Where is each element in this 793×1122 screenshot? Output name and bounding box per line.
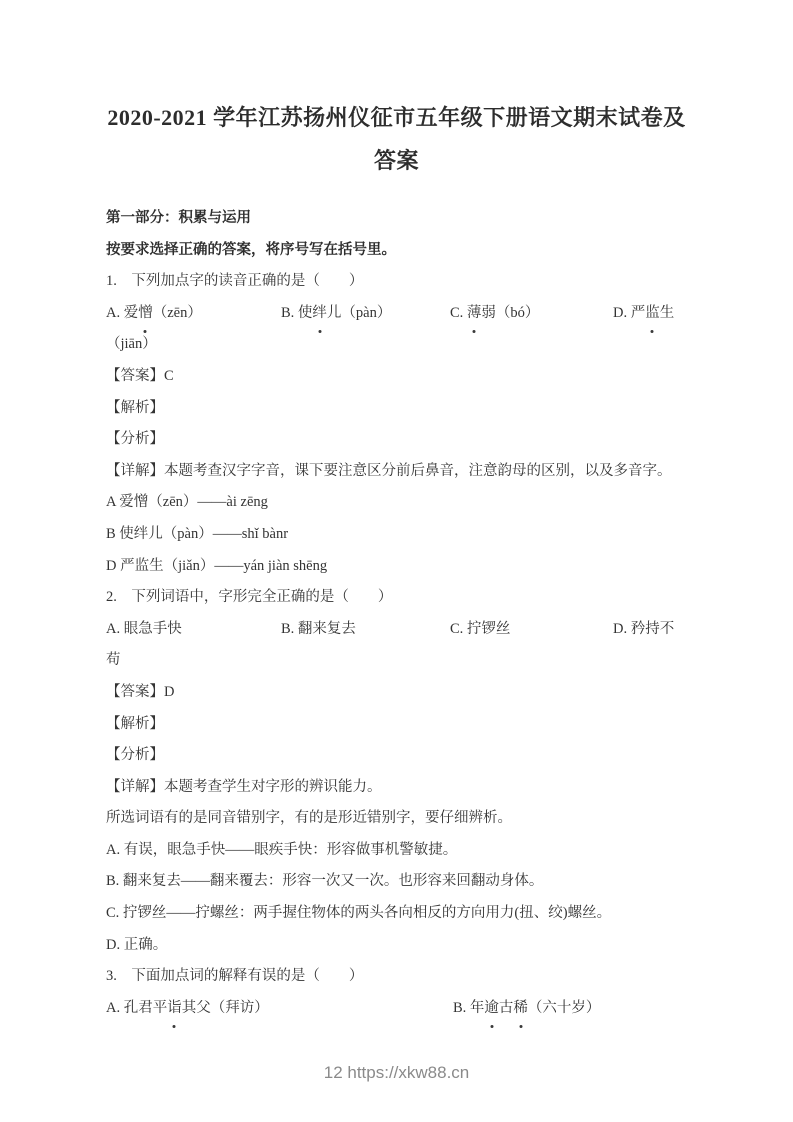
document-title: 2020-2021 学年江苏扬州仪征市五年级下册语文期末试卷及 答案 — [0, 96, 793, 182]
dotted-char: 监 — [645, 298, 660, 330]
option-item: A. 孔君平诣其父（拜访） — [106, 993, 269, 1025]
text-line: B. 翻来复去——翻来覆去：形容一次又一次。也形容来回翻动身体。 — [106, 866, 706, 898]
dotted-char: 逾 — [484, 993, 499, 1025]
text-line: 【详解】本题考查汉字字音，课下要注意区分前后鼻音，注意韵母的区别，以及多音字。 — [106, 456, 706, 488]
option-row: A. 孔君平诣其父（拜访）B. 年逾古稀（六十岁） — [106, 993, 706, 1025]
text-line: D 严监生（jiǎn）——yán jiàn shēng — [106, 551, 706, 583]
dotted-char: 稀 — [513, 993, 528, 1025]
document-content: 第一部分：积累与运用按要求选择正确的答案，将序号写在括号里。1. 下列加点字的读… — [106, 203, 706, 1024]
document-title-line-1: 2020-2021 学年江苏扬州仪征市五年级下册语文期末试卷及 — [0, 96, 793, 139]
text-line: 3. 下面加点词的解释有误的是（ ） — [106, 961, 706, 993]
dotted-char: 诣 — [167, 993, 182, 1025]
text-line: 【详解】本题考查学生对字形的辨识能力。 — [106, 772, 706, 804]
document-page: 2020-2021 学年江苏扬州仪征市五年级下册语文期末试卷及 答案 第一部分：… — [0, 0, 793, 1122]
text-line: C. 拧锣丝——拧螺丝：两手握住物体的两头各向相反的方向用力(扭、绞)螺丝。 — [106, 898, 706, 930]
option-item: D. 严监生 — [613, 298, 674, 330]
text-line: 所选词语有的是同音错别字，有的是形近错别字，要仔细辨析。 — [106, 803, 706, 835]
text-line: 1. 下列加点字的读音正确的是（ ） — [106, 266, 706, 298]
text-line: 【解析】 — [106, 709, 706, 741]
option-item: A. 眼急手快 — [106, 614, 182, 646]
text-line: 第一部分：积累与运用 — [106, 203, 706, 235]
text-line: 【答案】D — [106, 677, 706, 709]
option-item: C. 拧锣丝 — [450, 614, 510, 646]
text-line: （jiān） — [106, 329, 706, 361]
text-line: 【分析】 — [106, 424, 706, 456]
text-line: 【答案】C — [106, 361, 706, 393]
option-row: A. 爱憎（zēn）B. 使绊儿（pàn）C. 薄弱（bó）D. 严监生 — [106, 298, 706, 330]
page-footer: 12 https://xkw88.cn — [0, 1061, 793, 1085]
text-line: A. 有误，眼急手快——眼疾手快：形容做事机警敏捷。 — [106, 835, 706, 867]
option-item: B. 翻来复去 — [281, 614, 356, 646]
text-line: B 使绊儿（pàn）——shǐ bànr — [106, 519, 706, 551]
text-line: 苟 — [106, 645, 706, 677]
option-item: B. 年逾古稀（六十岁） — [453, 993, 600, 1025]
footer-watermark-text: 12 https://xkw88.cn — [324, 1063, 470, 1082]
dotted-char: 绊 — [312, 298, 327, 330]
dotted-char: 薄 — [467, 298, 482, 330]
text-line: 按要求选择正确的答案，将序号写在括号里。 — [106, 235, 706, 267]
option-row: A. 眼急手快B. 翻来复去C. 拧锣丝D. 矜持不 — [106, 614, 706, 646]
dotted-char: 憎 — [138, 298, 153, 330]
option-item: A. 爱憎（zēn） — [106, 298, 202, 330]
document-title-line-2: 答案 — [0, 139, 793, 182]
text-line: D. 正确。 — [106, 930, 706, 962]
option-item: D. 矜持不 — [613, 614, 674, 646]
text-line: A 爱憎（zēn）——ài zēng — [106, 487, 706, 519]
text-line: 2. 下列词语中，字形完全正确的是（ ） — [106, 582, 706, 614]
text-line: 【解析】 — [106, 393, 706, 425]
option-item: C. 薄弱（bó） — [450, 298, 539, 330]
text-line: 【分析】 — [106, 740, 706, 772]
option-item: B. 使绊儿（pàn） — [281, 298, 391, 330]
